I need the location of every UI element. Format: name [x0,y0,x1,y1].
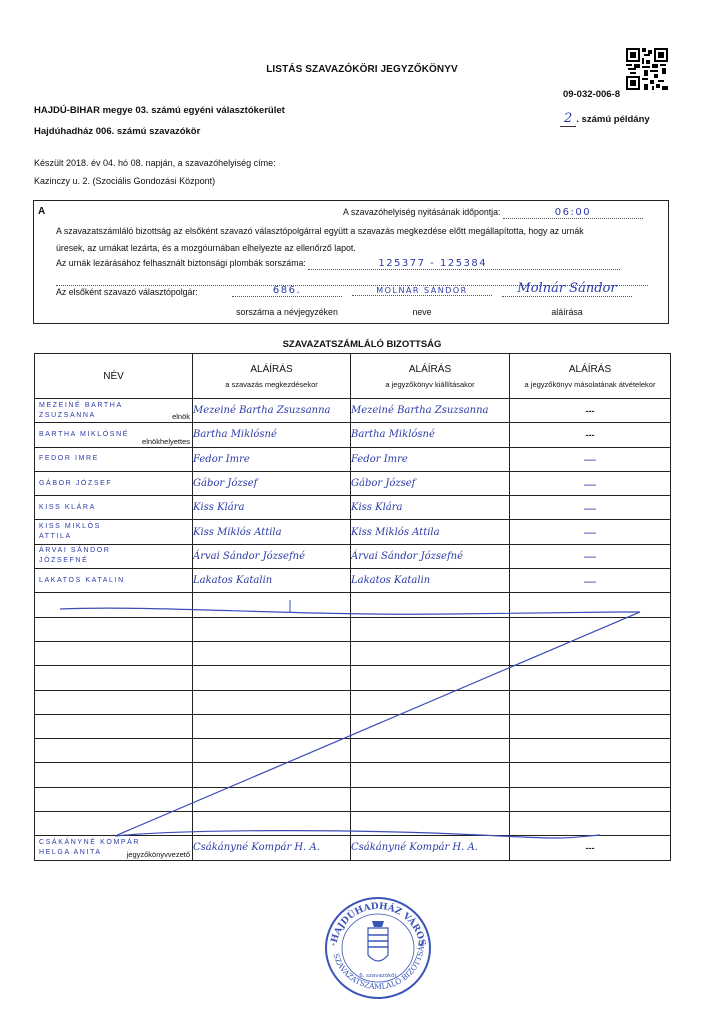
member-name-cell: GÁBOR JÓZSEF [35,471,193,495]
member-name: ÁRVAI SÁNDOR JÓZSEFNÉ [35,546,192,566]
blank-table-row [35,763,671,787]
blank-table-row [35,812,671,836]
table-row: MEZEINÉ BARTHA ZSUZSANNAelnökMezeiné Bar… [35,399,671,423]
statement-line-2: üresek, az urnákat lezárta, és a mozgóur… [56,243,356,253]
member-name: KISS MIKLÓS ATTILA [35,522,192,542]
blank-cell [510,812,671,836]
blank-cell [351,593,510,617]
member-name: MEZEINÉ BARTHA ZSUZSANNA [35,401,192,421]
signature-end-cell: Lakatos Katalin [351,569,510,593]
blank-cell [193,593,351,617]
polling-address: Kazinczy u. 2. (Szociális Gondozási Közp… [34,176,215,186]
signature-end-cell: Fedor Imre [351,447,510,471]
signature-end-cell: Gábor József [351,471,510,495]
blank-cell [35,593,193,617]
signature-start-cell: Kiss Klára [193,496,351,520]
signature-copy-cell: --- [510,423,671,447]
blank-cell [510,641,671,665]
signature-copy-cell: — [510,520,671,544]
signature-copy-cell: — [510,544,671,568]
member-name-cell: CSÁKÁNYNÉ KOMPÁR HELGA ANITAjegyzőkönyvv… [35,836,193,860]
blank-table-row [35,714,671,738]
blank-cell [193,812,351,836]
blank-cell [35,739,193,763]
signature-end-cell: Mezeiné Bartha Zsuzsanna [351,399,510,423]
blank-cell [193,641,351,665]
caption-name: neve [352,307,492,317]
signature-start-cell: Lakatos Katalin [193,569,351,593]
blank-cell [351,763,510,787]
member-role: jegyzőkönyvvezető [127,850,190,859]
blank-table-row [35,641,671,665]
copy-number: 2. számú példány [560,111,650,126]
signature-start-cell: Bartha Miklósné [193,423,351,447]
member-name: FEDOR IMRE [35,454,192,464]
signature-copy-cell: — [510,496,671,520]
signature-copy-cell: — [510,447,671,471]
opening-time-row: A szavazóhelyiség nyitásának időpontja: … [343,207,643,219]
svg-text:*: * [332,943,335,950]
blank-cell [351,714,510,738]
qr-code-icon [626,48,668,90]
member-name: GÁBOR JÓZSEF [35,479,192,489]
document-number: 09-032-006-8 [540,89,620,100]
svg-text:*: * [418,943,421,950]
column-header-name: NÉV [35,354,193,399]
committee-table: NÉV ALÁÍRÁSa szavazás megkezdésekor ALÁÍ… [34,353,671,861]
blank-table-row [35,690,671,714]
blank-cell [35,763,193,787]
opening-time-label: A szavazóhelyiség nyitásának időpontja: [343,207,500,217]
table-row: KISS MIKLÓS ATTILAKiss Miklós AttilaKiss… [35,520,671,544]
blank-cell [351,666,510,690]
first-voter-number-field: 686. [232,285,342,297]
blank-cell [35,641,193,665]
seals-field: 125377 - 125384 [308,258,620,270]
member-name: LAKATOS KATALIN [35,576,192,586]
seals-label: Az urnák lezárásához felhasznált biztons… [56,258,306,268]
blank-cell [193,714,351,738]
copy-label: . számú példány [576,114,649,125]
opening-time-field: 06:00 [503,207,643,219]
table-row: FEDOR IMREFedor ImreFedor Imre— [35,447,671,471]
blank-cell [351,617,510,641]
statement-line-1: A szavazatszámláló bizottság az elsőként… [56,226,584,236]
signature-end-cell: Csákányné Kompár H. A. [351,836,510,860]
signature-copy-cell: — [510,569,671,593]
signature-start-cell: Gábor József [193,471,351,495]
coat-of-arms-icon [368,928,388,961]
table-header-row: NÉV ALÁÍRÁSa szavazás megkezdésekor ALÁÍ… [35,354,671,399]
signature-end-cell: Bartha Miklósné [351,423,510,447]
signature-copy-cell: --- [510,399,671,423]
blank-cell [510,714,671,738]
svg-text:SZAVAZATSZÁMLÁLÓ BIZOTTSÁG: SZAVAZATSZÁMLÁLÓ BIZOTTSÁG [331,941,426,991]
blank-cell [351,787,510,811]
signature-copy-cell: — [510,471,671,495]
blank-cell [351,739,510,763]
blank-cell [193,617,351,641]
first-voter-signature-field: Molnár Sándor [502,281,632,297]
signature-end-cell: Kiss Miklós Attila [351,520,510,544]
made-on-text: Készült 2018. év 04. hó 08. napján, a sz… [34,158,276,168]
signature-start-cell: Fedor Imre [193,447,351,471]
blank-table-row [35,666,671,690]
blank-cell [193,763,351,787]
signature-end-cell: Kiss Klára [351,496,510,520]
caption-signature: aláírása [502,307,632,317]
table-row: BARTHA MIKLÓSNÉelnökhelyettesBartha Mikl… [35,423,671,447]
table-row: GÁBOR JÓZSEFGábor JózsefGábor József— [35,471,671,495]
member-name-cell: BARTHA MIKLÓSNÉelnökhelyettes [35,423,193,447]
blank-cell [35,617,193,641]
seals-row: Az urnák lezárásához felhasznált biztons… [56,258,620,270]
section-a-box: A A szavazóhelyiség nyitásának időpontja… [33,200,669,324]
document-title: LISTÁS SZAVAZÓKÖRI JEGYZŐKÖNYV [0,64,724,75]
blank-cell [510,666,671,690]
member-name-cell: FEDOR IMRE [35,447,193,471]
column-header-sig-end: ALÁÍRÁSa jegyzőkönyv kiállításakor [351,354,510,399]
blank-cell [510,787,671,811]
signature-start-cell: Árvai Sándor Józsefné [193,544,351,568]
precinct-heading: Hajdúhadház 006. számú szavazókör [34,126,200,137]
blank-table-row [35,787,671,811]
blank-table-row [35,739,671,763]
blank-cell [351,812,510,836]
member-role: elnökhelyettes [142,437,190,446]
signature-start-cell: Csákányné Kompár H. A. [193,836,351,860]
blank-cell [35,714,193,738]
blank-cell [510,617,671,641]
district-heading: HAJDÚ-BIHAR megye 03. számú egyéni válas… [34,105,285,116]
member-name-cell: KISS KLÁRA [35,496,193,520]
first-voter-label: Az elsőként szavazó választópolgár: [56,287,198,297]
blank-cell [193,690,351,714]
blank-table-row [35,593,671,617]
member-name-cell: MEZEINÉ BARTHA ZSUZSANNAelnök [35,399,193,423]
blank-cell [35,666,193,690]
blank-cell [510,690,671,714]
blank-cell [351,690,510,714]
blank-cell [351,641,510,665]
blank-cell [35,787,193,811]
column-header-sig-start: ALÁÍRÁSa szavazás megkezdésekor [193,354,351,399]
blank-table-row [35,617,671,641]
caption-number: sorszáma a névjegyzéken [232,307,342,317]
blank-cell [193,787,351,811]
table-row: KISS KLÁRAKiss KláraKiss Klára— [35,496,671,520]
section-a-label: A [38,206,45,217]
first-voter-name-field: MOLNÁR SÁNDOR [352,285,492,296]
table-row: CSÁKÁNYNÉ KOMPÁR HELGA ANITAjegyzőkönyvv… [35,836,671,860]
blank-cell [193,666,351,690]
signature-start-cell: Mezeiné Bartha Zsuzsanna [193,399,351,423]
member-name: KISS KLÁRA [35,503,192,513]
signature-end-cell: Árvai Sándor Józsefné [351,544,510,568]
blank-cell [510,739,671,763]
signature-start-cell: Kiss Miklós Attila [193,520,351,544]
blank-cell [35,690,193,714]
committee-title: SZAVAZATSZÁMLÁLÓ BIZOTTSÁG [0,339,724,350]
blank-cell [193,739,351,763]
copy-number-handwritten: 2 [560,111,576,127]
member-name-cell: KISS MIKLÓS ATTILA [35,520,193,544]
member-name-cell: LAKATOS KATALIN [35,569,193,593]
official-stamp: HAJDÚHADHÁZ VÁROS SZAVAZATSZÁMLÁLÓ BIZOT… [318,893,438,1003]
blank-cell [510,593,671,617]
member-name-cell: ÁRVAI SÁNDOR JÓZSEFNÉ [35,544,193,568]
blank-cell [510,763,671,787]
table-row: LAKATOS KATALINLakatos KatalinLakatos Ka… [35,569,671,593]
signature-copy-cell: --- [510,836,671,860]
blank-cell [35,812,193,836]
member-role: elnök [172,412,190,421]
column-header-sig-copy: ALÁÍRÁSa jegyzőkönyv másolatának átvétel… [510,354,671,399]
table-row: ÁRVAI SÁNDOR JÓZSEFNÉÁrvai Sándor József… [35,544,671,568]
svg-text:6. szavazókör: 6. szavazókör [359,972,397,979]
